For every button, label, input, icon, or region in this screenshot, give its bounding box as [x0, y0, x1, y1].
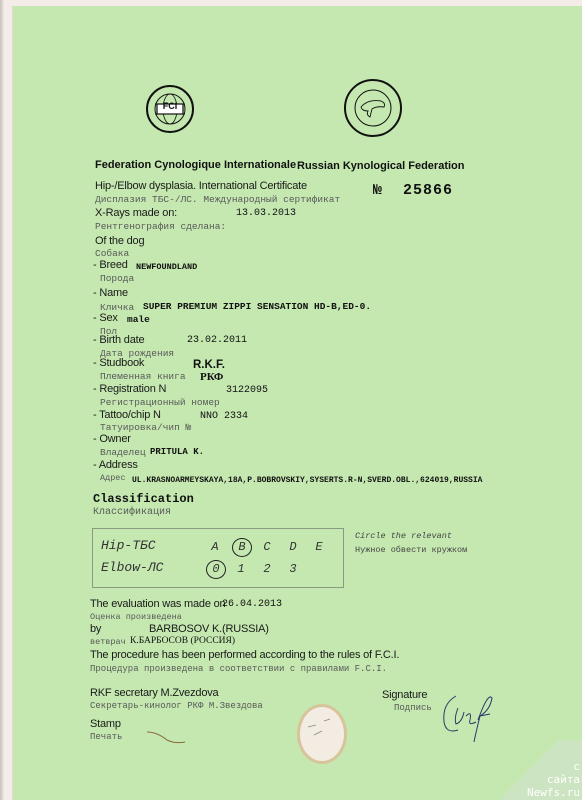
by-label-en: by	[90, 623, 101, 635]
elbow-grade-3: 3	[284, 562, 302, 576]
procedure-text-ru: Процедура произведена в соответствии с п…	[90, 664, 387, 674]
watermark: с сайта Newfs.ru	[527, 760, 580, 799]
certificate-number: № 25866	[373, 182, 453, 199]
certificate-page	[12, 6, 582, 800]
registration-label-ru: Регистрационный номер	[100, 397, 220, 408]
classification-title-ru: Классификация	[93, 507, 171, 518]
address-label-ru: Адрес	[100, 473, 126, 483]
fci-logo-text: FCI	[148, 101, 192, 111]
dog-section-ru: Собака	[95, 248, 129, 259]
studbook-value-ru: РКФ	[200, 371, 223, 383]
owner-label-ru: Владелец	[100, 447, 146, 458]
dog-head-seal-icon	[346, 81, 400, 135]
elbow-grade-2: 2	[258, 562, 276, 576]
stamp-squiggle-icon	[145, 728, 205, 748]
fci-logo: FCI	[146, 85, 194, 133]
by-label-ru: ветврач	[90, 637, 126, 647]
address-value: UL.KRASNOARMEYSKAYA,18A,P.BOBROVSKIY,SYS…	[132, 476, 482, 485]
xrays-label-ru: Рентгенография сделана:	[95, 221, 226, 232]
studbook-value-en: R.K.F.	[193, 359, 225, 371]
stamp-seal-icon	[300, 707, 344, 761]
stamp-label-ru: Печать	[90, 732, 122, 742]
vet-name-en: BARBOSOV K.(RUSSIA)	[149, 623, 269, 635]
secretary-ru: Секретарь-кинолог РКФ М.Звездова	[90, 701, 263, 711]
number-symbol: №	[373, 182, 383, 199]
xrays-label-en: X-Rays made on:	[95, 207, 177, 219]
elbow-grade-1: 1	[232, 562, 250, 576]
watermark-line-2: сайта	[527, 773, 580, 786]
sex-value: male	[127, 314, 150, 325]
circle-note-en: Circle the relevant	[355, 531, 452, 541]
certificate-title-en: Hip-/Elbow dysplasia. International Cert…	[95, 180, 307, 192]
tattoo-value: NNO 2334	[200, 411, 248, 422]
registration-label-en: - Registration N	[93, 383, 166, 395]
evaluation-label-ru: Оценка произведена	[90, 612, 182, 622]
number-value: 25866	[403, 182, 453, 199]
birth-date-value: 23.02.2011	[187, 335, 247, 346]
rkf-logo	[344, 79, 402, 137]
breed-value: NEWFOUNDLAND	[136, 262, 197, 272]
registration-value: 3122095	[226, 385, 268, 396]
signature-icon	[436, 686, 506, 746]
signature-label-en: Signature	[382, 689, 427, 701]
watermark-line-1: с	[527, 760, 580, 773]
address-label-en: - Address	[93, 459, 138, 471]
birth-date-label-en: - Birth date	[93, 334, 144, 346]
tattoo-label-ru: Татуировка/чип №	[100, 422, 191, 433]
hip-grade-A: A	[206, 540, 224, 554]
hip-grade-B: B	[232, 538, 252, 557]
signature-label-ru: Подпись	[394, 703, 432, 713]
breed-label-ru: Порода	[100, 273, 134, 284]
hip-grade-D: D	[284, 540, 302, 554]
fci-name: Federation Cynologique Internationale	[95, 159, 296, 171]
studbook-label-en: - Studbook	[93, 357, 144, 369]
evaluation-label-en: The evaluation was made on	[90, 598, 225, 610]
rkf-name: Russian Kynological Federation	[297, 160, 464, 172]
hip-grade-C: C	[258, 540, 276, 554]
secretary-en: RKF secretary M.Zvezdova	[90, 687, 218, 699]
watermark-line-3: Newfs.ru	[527, 786, 580, 799]
certificate-title-ru: Дисплазия ТБС-/ЛС. Международный сертифи…	[95, 194, 340, 205]
name-label-en: - Name	[93, 287, 128, 299]
circle-note-ru: Нужное обвести кружком	[355, 545, 467, 555]
studbook-label-ru: Племенная книга	[100, 371, 186, 382]
evaluation-date: 26.04.2013	[222, 599, 282, 610]
dog-section-en: Of the dog	[95, 235, 144, 247]
name-value: SUPER PREMIUM ZIPPI SENSATION HD-B,ED-0.	[143, 301, 371, 312]
classification-title-en: Classification	[93, 492, 194, 506]
owner-label-en: - Owner	[93, 433, 131, 445]
vet-name-ru: К.БАРБОСОВ (РОССИЯ)	[130, 636, 235, 646]
classification-box: Hip-ТБС ABCDE Elbow-ЛС 0123	[92, 528, 344, 588]
stamp-label-en: Stamp	[90, 718, 121, 730]
xrays-date: 13.03.2013	[236, 208, 296, 219]
elbow-grades: 0123	[206, 562, 346, 580]
hip-grade-E: E	[310, 540, 328, 554]
elbow-grade-0: 0	[206, 560, 226, 579]
tattoo-label-en: - Tattoo/chip N	[93, 409, 161, 421]
sex-label-en: - Sex	[93, 312, 118, 324]
elbow-label: Elbow-ЛС	[101, 560, 163, 575]
rkf-stamp	[297, 704, 347, 764]
procedure-text-en: The procedure has been performed accordi…	[90, 649, 399, 661]
scan-edge	[0, 0, 4, 800]
owner-value: PRITULA K.	[150, 447, 204, 457]
hip-grades: ABCDE	[206, 540, 346, 558]
breed-label-en: - Breed	[93, 259, 128, 271]
hip-label: Hip-ТБС	[101, 538, 156, 553]
